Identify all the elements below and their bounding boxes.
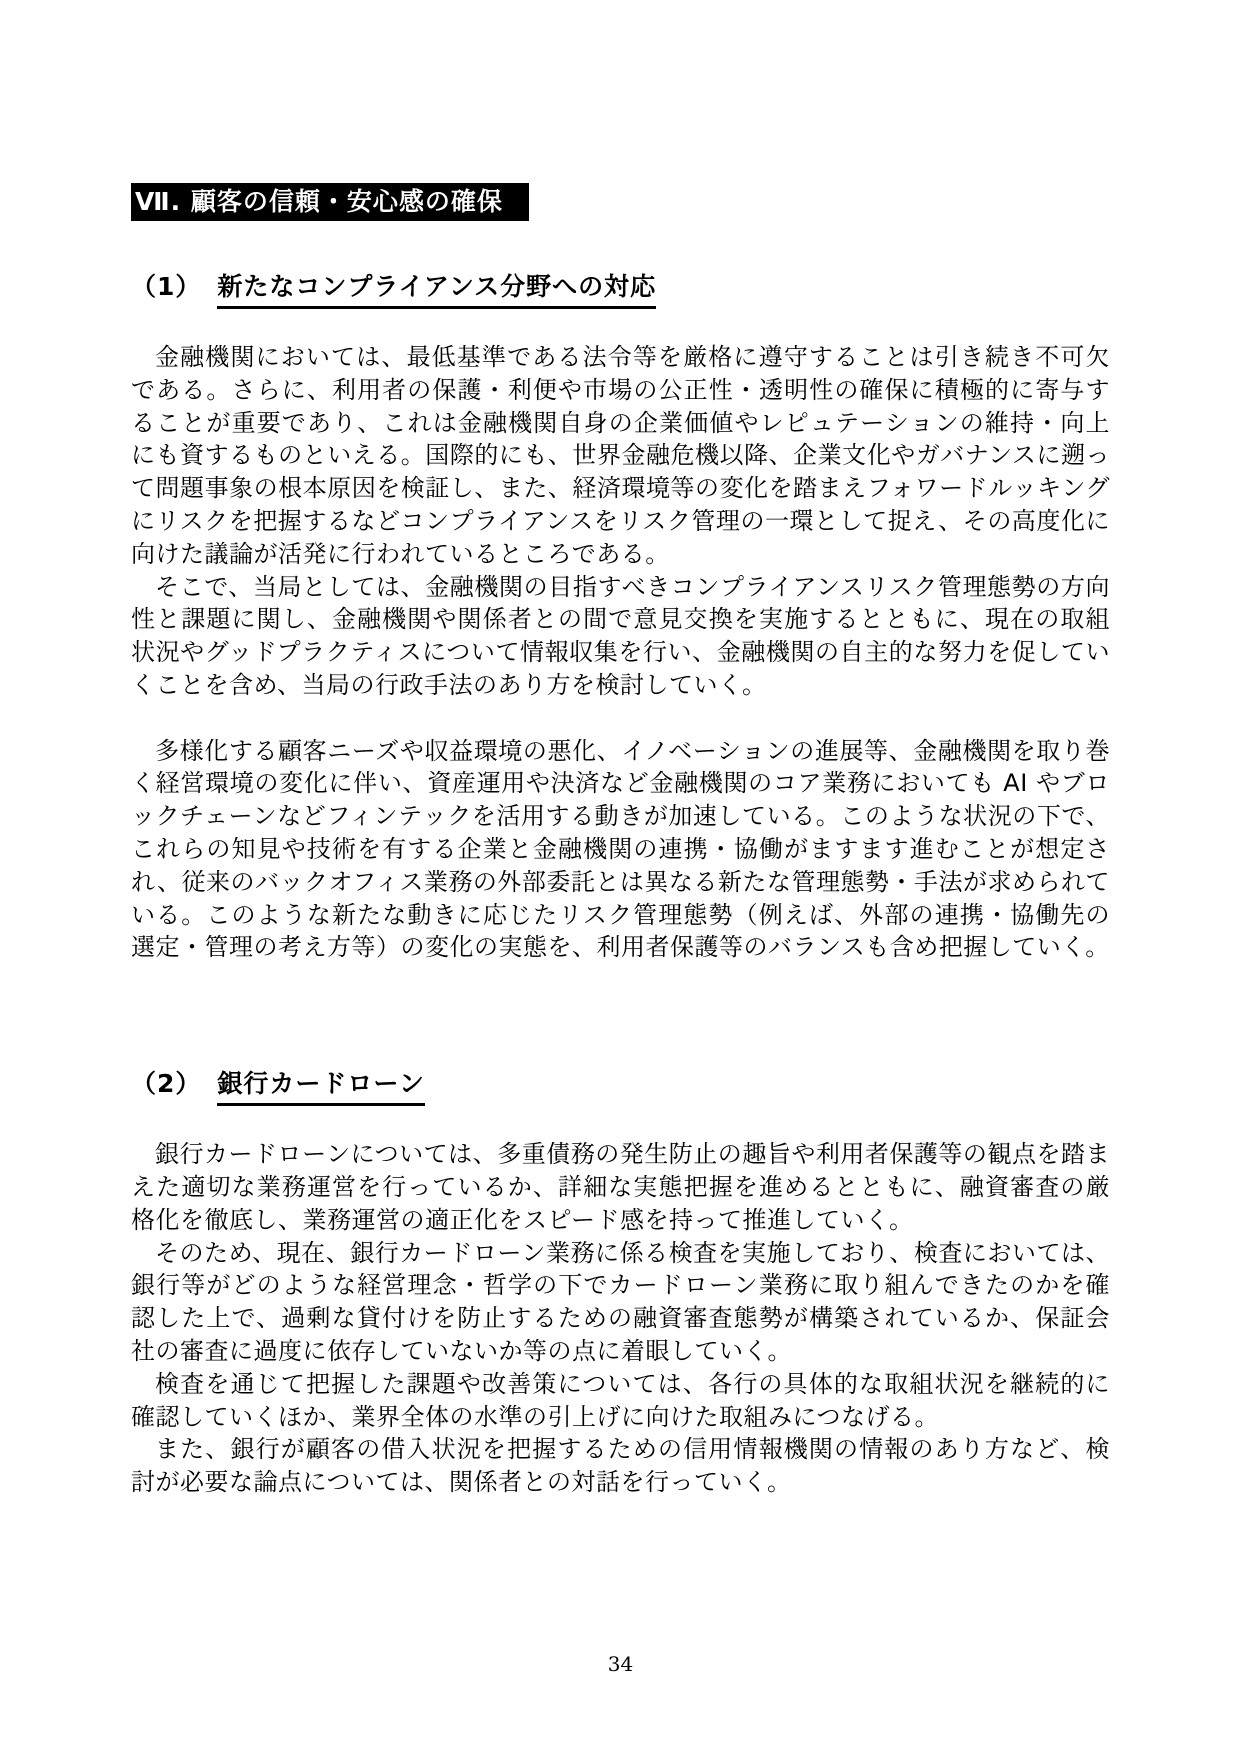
document-page: Ⅶ. 顧客の信頼・安心感の確保 （1）新たなコンプライアンス分野への対応 金融機… <box>0 0 1241 1754</box>
section-2-body: 銀行カードローンについては、多重債務の発生防止の趣旨や利用者保護等の観点を踏まえ… <box>131 1138 1110 1499</box>
section-1-number: （1） <box>131 272 201 301</box>
section-1-paragraph-2: そこで、当局としては、金融機関の目指すべきコンプライアンスリスク管理態勢の方向性… <box>131 571 1110 702</box>
section-2-number: （2） <box>131 1069 201 1098</box>
page-number: 34 <box>0 1652 1241 1676</box>
section-2-paragraph-2: そのため、現在、銀行カードローン業務に係る検査を実施しており、検査においては、銀… <box>131 1237 1110 1368</box>
section-2-heading: （2）銀行カードローン <box>131 1064 1110 1100</box>
section-1-body: 金融機関においては、最低基準である法令等を厳格に遵守することは引き続き不可欠であ… <box>131 341 1110 964</box>
section-1-title: 新たなコンプライアンス分野への対応 <box>217 272 656 309</box>
chapter-heading-text: Ⅶ. 顧客の信頼・安心感の確保 <box>135 187 503 216</box>
section-2-title: 銀行カードローン <box>217 1069 425 1106</box>
section-1-paragraph-1: 金融機関においては、最低基準である法令等を厳格に遵守することは引き続き不可欠であ… <box>131 341 1110 571</box>
section-1-heading: （1）新たなコンプライアンス分野への対応 <box>131 267 1110 303</box>
section-2-paragraph-1: 銀行カードローンについては、多重債務の発生防止の趣旨や利用者保護等の観点を踏まえ… <box>131 1138 1110 1236</box>
section-2-paragraph-4: また、銀行が顧客の借入状況を把握するための信用情報機関の情報のあり方など、検討が… <box>131 1433 1110 1499</box>
chapter-heading-banner: Ⅶ. 顧客の信頼・安心感の確保 <box>131 183 529 221</box>
section-1-paragraph-3: 多様化する顧客ニーズや収益環境の悪化、イノベーションの進展等、金融機関を取り巻く… <box>131 735 1110 965</box>
section-2-paragraph-3: 検査を通じて把握した課題や改善策については、各行の具体的な取組状況を継続的に確認… <box>131 1368 1110 1434</box>
page-content: Ⅶ. 顧客の信頼・安心感の確保 （1）新たなコンプライアンス分野への対応 金融機… <box>131 0 1110 1499</box>
